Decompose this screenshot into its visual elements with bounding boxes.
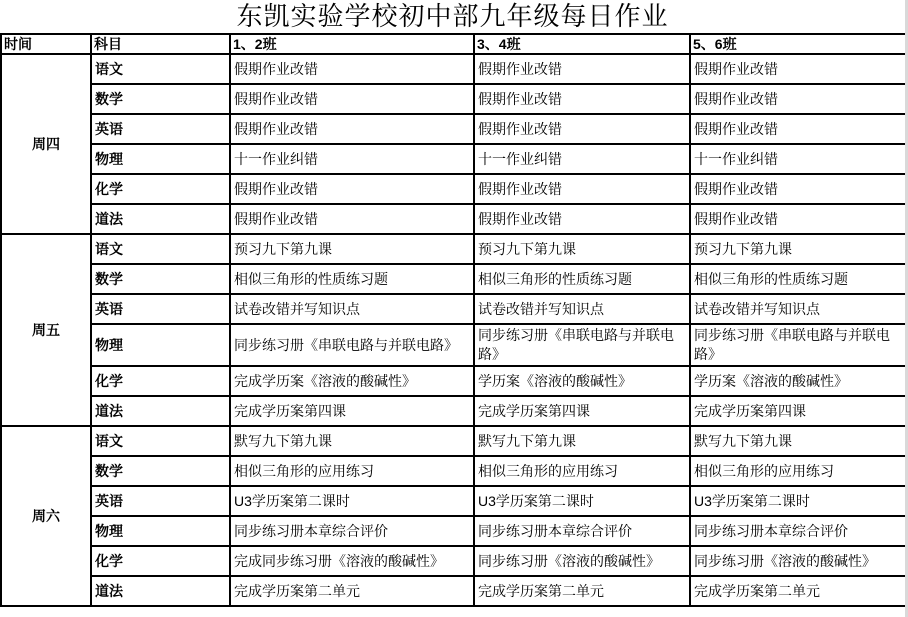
subject-cell: 语文 [91, 426, 230, 456]
homework-cell-class-5-6: 完成学历案第二单元 [690, 576, 906, 606]
homework-cell-class-1-2: 完成学历案《溶液的酸碱性》 [230, 366, 474, 396]
homework-cell-class-3-4: 相似三角形的应用练习 [474, 456, 690, 486]
homework-cell-class-1-2: 假期作业改错 [230, 54, 474, 84]
homework-cell-class-5-6: 假期作业改错 [690, 204, 906, 234]
homework-cell-class-5-6: 假期作业改错 [690, 54, 906, 84]
homework-cell-class-3-4: 假期作业改错 [474, 114, 690, 144]
homework-cell-class-3-4: 同步练习册本章综合评价 [474, 516, 690, 546]
homework-cell-class-1-2: 相似三角形的性质练习题 [230, 264, 474, 294]
homework-cell-class-5-6: 同步练习册《溶液的酸碱性》 [690, 546, 906, 576]
homework-cell-class-3-4: 假期作业改错 [474, 174, 690, 204]
homework-table: 时间 科目 1、2班 3、4班 5、6班 周四语文 假期作业改错 假期作业改错 … [0, 33, 907, 607]
header-class-3-4: 3、4班 [474, 34, 690, 54]
subject-cell: 语文 [91, 54, 230, 84]
table-row: 道法 假期作业改错 假期作业改错 假期作业改错 [1, 204, 906, 234]
homework-cell-class-3-4: 同步练习册《串联电路与并联电路》 [474, 324, 690, 366]
homework-cell-class-5-6: 试卷改错并写知识点 [690, 294, 906, 324]
subject-cell: 道法 [91, 204, 230, 234]
homework-cell-class-5-6: 学历案《溶液的酸碱性》 [690, 366, 906, 396]
homework-cell-class-3-4: 同步练习册《溶液的酸碱性》 [474, 546, 690, 576]
homework-cell-class-1-2: 相似三角形的应用练习 [230, 456, 474, 486]
homework-cell-class-3-4: 默写九下第九课 [474, 426, 690, 456]
homework-cell-class-1-2: 同步练习册《串联电路与并联电路》 [230, 324, 474, 366]
table-row: 化学 假期作业改错 假期作业改错 假期作业改错 [1, 174, 906, 204]
subject-cell: 数学 [91, 264, 230, 294]
table-row: 化学 完成同步练习册《溶液的酸碱性》 同步练习册《溶液的酸碱性》 同步练习册《溶… [1, 546, 906, 576]
subject-cell: 化学 [91, 546, 230, 576]
table-row: 物理 同步练习册《串联电路与并联电路》 同步练习册《串联电路与并联电路》 同步练… [1, 324, 906, 366]
homework-cell-class-1-2: 默写九下第九课 [230, 426, 474, 456]
homework-cell-class-1-2: 同步练习册本章综合评价 [230, 516, 474, 546]
subject-cell: 物理 [91, 516, 230, 546]
table-row: 道法 完成学历案第二单元 完成学历案第二单元 完成学历案第二单元 [1, 576, 906, 606]
homework-cell-class-5-6: 同步练习册《串联电路与并联电路》 [690, 324, 906, 366]
homework-cell-class-5-6: 十一作业纠错 [690, 144, 906, 174]
subject-cell: 英语 [91, 114, 230, 144]
homework-cell-class-5-6: 假期作业改错 [690, 114, 906, 144]
homework-cell-class-1-2: 假期作业改错 [230, 204, 474, 234]
subject-cell: 数学 [91, 456, 230, 486]
homework-cell-class-1-2: 完成同步练习册《溶液的酸碱性》 [230, 546, 474, 576]
homework-cell-class-3-4: 假期作业改错 [474, 84, 690, 114]
subject-cell: 英语 [91, 486, 230, 516]
subject-cell: 化学 [91, 366, 230, 396]
table-row: 英语 试卷改错并写知识点 试卷改错并写知识点 试卷改错并写知识点 [1, 294, 906, 324]
table-row: 物理 同步练习册本章综合评价 同步练习册本章综合评价 同步练习册本章综合评价 [1, 516, 906, 546]
homework-cell-class-5-6: 相似三角形的性质练习题 [690, 264, 906, 294]
homework-cell-class-1-2: 预习九下第九课 [230, 234, 474, 264]
homework-cell-class-1-2: 完成学历案第二单元 [230, 576, 474, 606]
header-class-5-6: 5、6班 [690, 34, 906, 54]
table-row: 物理 十一作业纠错 十一作业纠错 十一作业纠错 [1, 144, 906, 174]
table-row: 英语 假期作业改错 假期作业改错 假期作业改错 [1, 114, 906, 144]
homework-cell-class-3-4: U3学历案第二课时 [474, 486, 690, 516]
table-row: 道法 完成学历案第四课 完成学历案第四课 完成学历案第四课 [1, 396, 906, 426]
day-cell: 周四 [1, 54, 91, 234]
homework-cell-class-1-2: 试卷改错并写知识点 [230, 294, 474, 324]
subject-cell: 数学 [91, 84, 230, 114]
day-cell: 周六 [1, 426, 91, 606]
table-row: 数学 假期作业改错 假期作业改错 假期作业改错 [1, 84, 906, 114]
subject-cell: 道法 [91, 576, 230, 606]
homework-cell-class-1-2: 假期作业改错 [230, 114, 474, 144]
subject-cell: 化学 [91, 174, 230, 204]
subject-cell: 语文 [91, 234, 230, 264]
table-row: 英语 U3学历案第二课时 U3学历案第二课时 U3学历案第二课时 [1, 486, 906, 516]
subject-cell: 道法 [91, 396, 230, 426]
page: 东凯实验学校初中部九年级每日作业 时间 科目 1、2班 3、4班 5、6班 周四… [0, 0, 908, 607]
homework-cell-class-3-4: 十一作业纠错 [474, 144, 690, 174]
header-subject: 科目 [91, 34, 230, 54]
homework-cell-class-5-6: 完成学历案第四课 [690, 396, 906, 426]
homework-cell-class-5-6: 预习九下第九课 [690, 234, 906, 264]
table-row: 周六语文 默写九下第九课 默写九下第九课 默写九下第九课 [1, 426, 906, 456]
homework-cell-class-3-4: 试卷改错并写知识点 [474, 294, 690, 324]
homework-cell-class-3-4: 学历案《溶液的酸碱性》 [474, 366, 690, 396]
homework-cell-class-1-2: 假期作业改错 [230, 174, 474, 204]
header-time: 时间 [1, 34, 91, 54]
homework-cell-class-3-4: 预习九下第九课 [474, 234, 690, 264]
homework-cell-class-5-6: 默写九下第九课 [690, 426, 906, 456]
homework-cell-class-1-2: U3学历案第二课时 [230, 486, 474, 516]
homework-cell-class-3-4: 完成学历案第四课 [474, 396, 690, 426]
homework-cell-class-5-6: 同步练习册本章综合评价 [690, 516, 906, 546]
homework-cell-class-3-4: 假期作业改错 [474, 204, 690, 234]
table-row: 周五语文 预习九下第九课 预习九下第九课 预习九下第九课 [1, 234, 906, 264]
homework-cell-class-5-6: 假期作业改错 [690, 84, 906, 114]
homework-cell-class-1-2: 十一作业纠错 [230, 144, 474, 174]
subject-cell: 物理 [91, 144, 230, 174]
subject-cell: 物理 [91, 324, 230, 366]
homework-cell-class-5-6: 假期作业改错 [690, 174, 906, 204]
header-row: 时间 科目 1、2班 3、4班 5、6班 [1, 34, 906, 54]
subject-cell: 英语 [91, 294, 230, 324]
day-cell: 周五 [1, 234, 91, 426]
table-row: 数学 相似三角形的应用练习 相似三角形的应用练习 相似三角形的应用练习 [1, 456, 906, 486]
table-row: 数学 相似三角形的性质练习题 相似三角形的性质练习题 相似三角形的性质练习题 [1, 264, 906, 294]
table-row: 化学 完成学历案《溶液的酸碱性》 学历案《溶液的酸碱性》 学历案《溶液的酸碱性》 [1, 366, 906, 396]
homework-cell-class-3-4: 相似三角形的性质练习题 [474, 264, 690, 294]
homework-cell-class-1-2: 假期作业改错 [230, 84, 474, 114]
homework-cell-class-5-6: 相似三角形的应用练习 [690, 456, 906, 486]
header-class-1-2: 1、2班 [230, 34, 474, 54]
homework-cell-class-3-4: 假期作业改错 [474, 54, 690, 84]
page-title: 东凯实验学校初中部九年级每日作业 [0, 0, 905, 33]
homework-cell-class-3-4: 完成学历案第二单元 [474, 576, 690, 606]
table-row: 周四语文 假期作业改错 假期作业改错 假期作业改错 [1, 54, 906, 84]
homework-cell-class-1-2: 完成学历案第四课 [230, 396, 474, 426]
homework-cell-class-5-6: U3学历案第二课时 [690, 486, 906, 516]
